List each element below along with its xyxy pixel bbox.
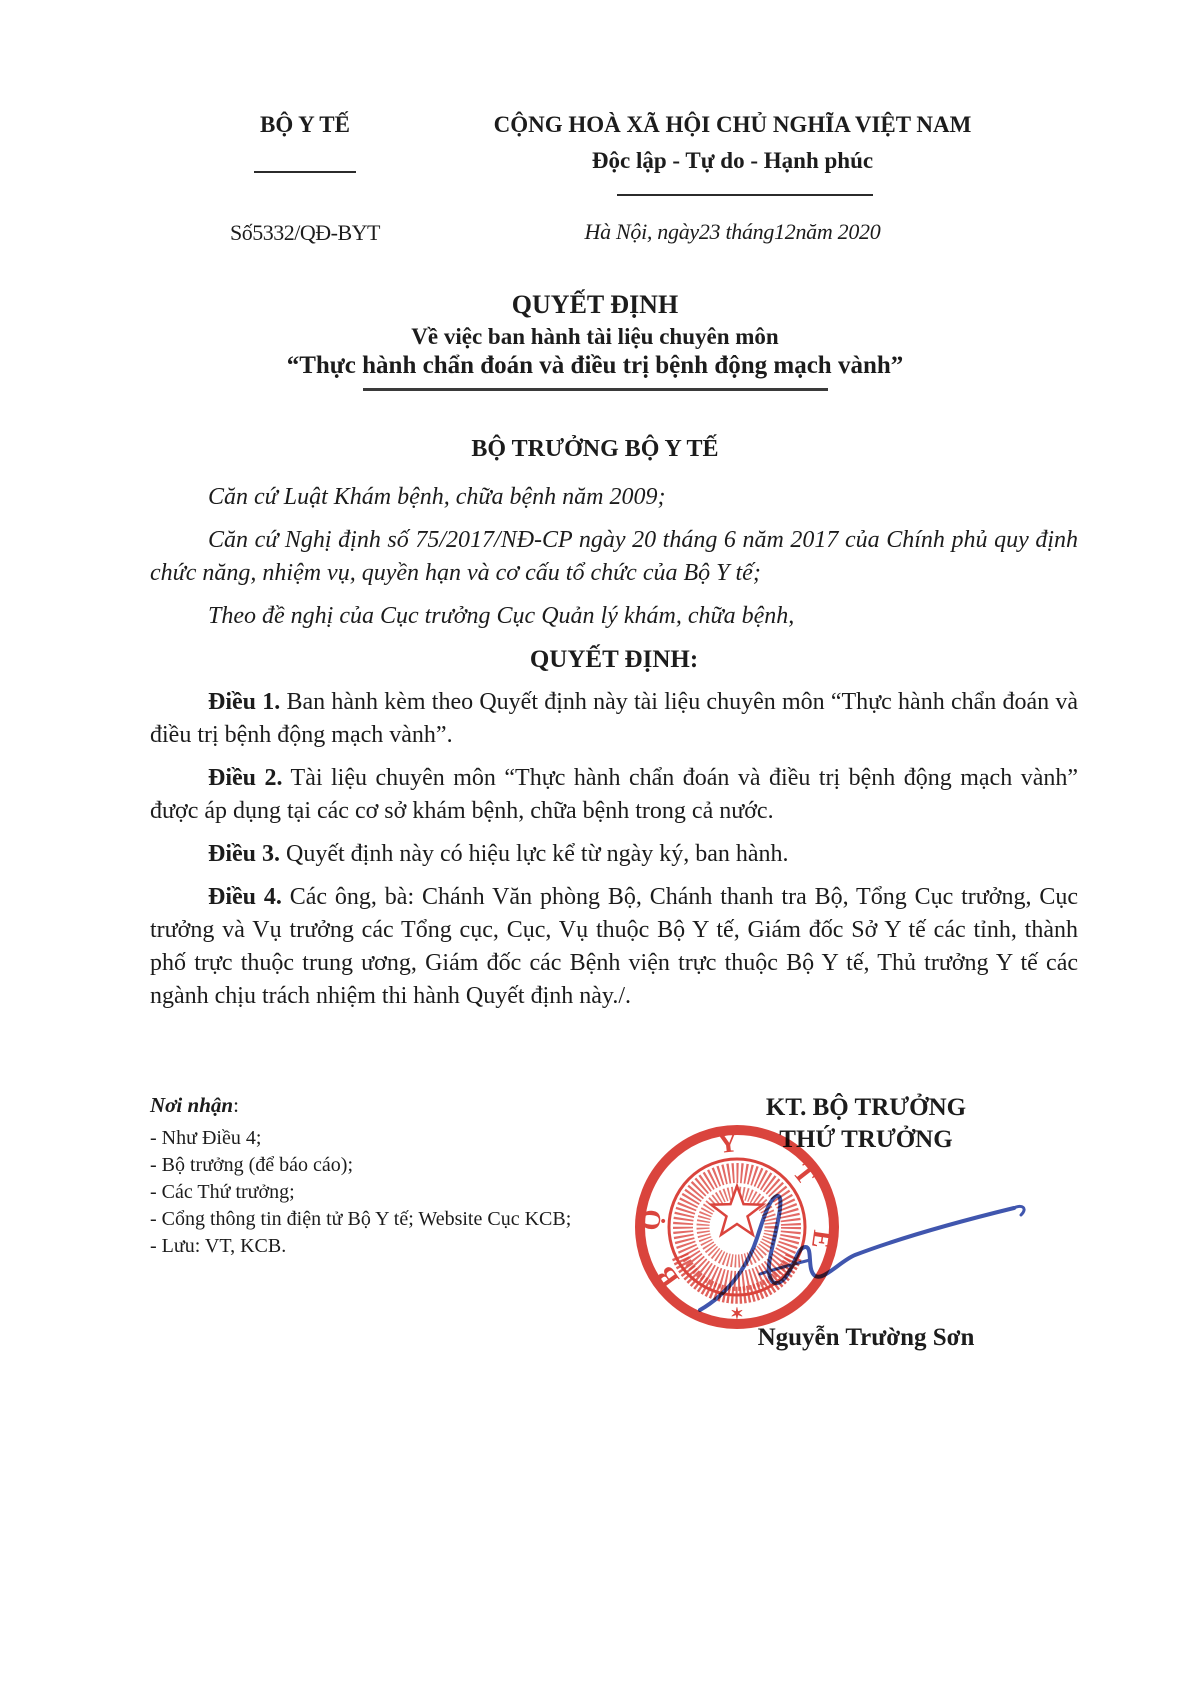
article-label: Điều 4. — [208, 884, 282, 910]
article-text: Ban hành kèm theo Quyết định này tài liệ… — [150, 689, 1078, 748]
org-divider — [254, 171, 356, 173]
decision-subject: “Thực hành chẩn đoán và điều trị bệnh độ… — [0, 352, 1190, 380]
recipients-label: Nơi nhận: — [150, 1092, 690, 1119]
recipient-item: - Như Điều 4; — [150, 1125, 690, 1152]
signature-stroke — [700, 1196, 1014, 1310]
org-name: BỘ Y TẾ — [205, 112, 405, 138]
article-paragraph: Điều 3. Quyết định này có hiệu lực kể từ… — [150, 838, 1078, 871]
article-label: Điều 1. — [208, 689, 280, 715]
preamble-paragraph: Căn cứ Luật Khám bệnh, chữa bệnh năm 200… — [150, 481, 1078, 514]
national-motto: Độc lập - Tự do - Hạnh phúc — [445, 148, 1020, 174]
seal-letter: Y — [717, 1127, 740, 1159]
title-block: QUYẾT ĐỊNH Về việc ban hành tài liệu chu… — [0, 290, 1190, 391]
recipient-item: - Lưu: VT, KCB. — [150, 1233, 690, 1260]
decision-subtitle: Về việc ban hành tài liệu chuyên môn — [0, 324, 1190, 350]
title-divider — [363, 388, 828, 391]
article-label: Điều 2. — [208, 765, 282, 791]
article-paragraph: Điều 2. Tài liệu chuyên môn “Thực hành c… — [150, 762, 1078, 828]
article-label: Điều 3. — [208, 841, 280, 867]
signer-name: Nguyễn Trường Sơn — [700, 1324, 1032, 1352]
motto-divider — [617, 194, 873, 196]
doc-number: Số5332/QĐ-BYT — [180, 220, 430, 246]
recipient-item: - Cổng thông tin điện tử Bộ Y tế; Websit… — [150, 1206, 690, 1233]
decision-heading: QUYẾT ĐỊNH: — [150, 643, 1078, 676]
preamble-paragraph: Căn cứ Nghị định số 75/2017/NĐ-CP ngày 2… — [150, 524, 1078, 590]
signature-stroke — [1014, 1206, 1024, 1215]
signature-ink — [660, 1178, 1050, 1328]
article-paragraph: Điều 4. Các ông, bà: Chánh Văn phòng Bộ,… — [150, 881, 1078, 1013]
recipient-item: - Các Thứ trưởng; — [150, 1179, 690, 1206]
article-text: Các ông, bà: Chánh Văn phòng Bộ, Chánh t… — [150, 884, 1078, 1009]
recipients-block: Nơi nhận: - Như Điều 4; - Bộ trưởng (để … — [150, 1092, 690, 1260]
national-name: CỘNG HOÀ XÃ HỘI CHỦ NGHĨA VIỆT NAM — [445, 112, 1020, 138]
place-date-line: Hà Nội, ngày23 tháng12năm 2020 — [445, 219, 1020, 245]
article-text: Quyết định này có hiệu lực kể từ ngày ký… — [280, 841, 789, 867]
recipient-item: - Bộ trưởng (để báo cáo); — [150, 1152, 690, 1179]
document-body: Căn cứ Luật Khám bệnh, chữa bệnh năm 200… — [150, 481, 1078, 1023]
decision-title: QUYẾT ĐỊNH — [0, 290, 1190, 320]
issuer-heading: BỘ TRƯỞNG BỘ Y TẾ — [0, 436, 1190, 463]
preamble-paragraph: Theo đề nghị của Cục trưởng Cục Quản lý … — [150, 600, 1078, 633]
article-paragraph: Điều 1. Ban hành kèm theo Quyết định này… — [150, 686, 1078, 752]
document-page: BỘ Y TẾ Số5332/QĐ-BYT CỘNG HOÀ XÃ HỘI CH… — [0, 0, 1190, 1684]
article-text: Tài liệu chuyên môn “Thực hành chẩn đoán… — [150, 765, 1078, 824]
